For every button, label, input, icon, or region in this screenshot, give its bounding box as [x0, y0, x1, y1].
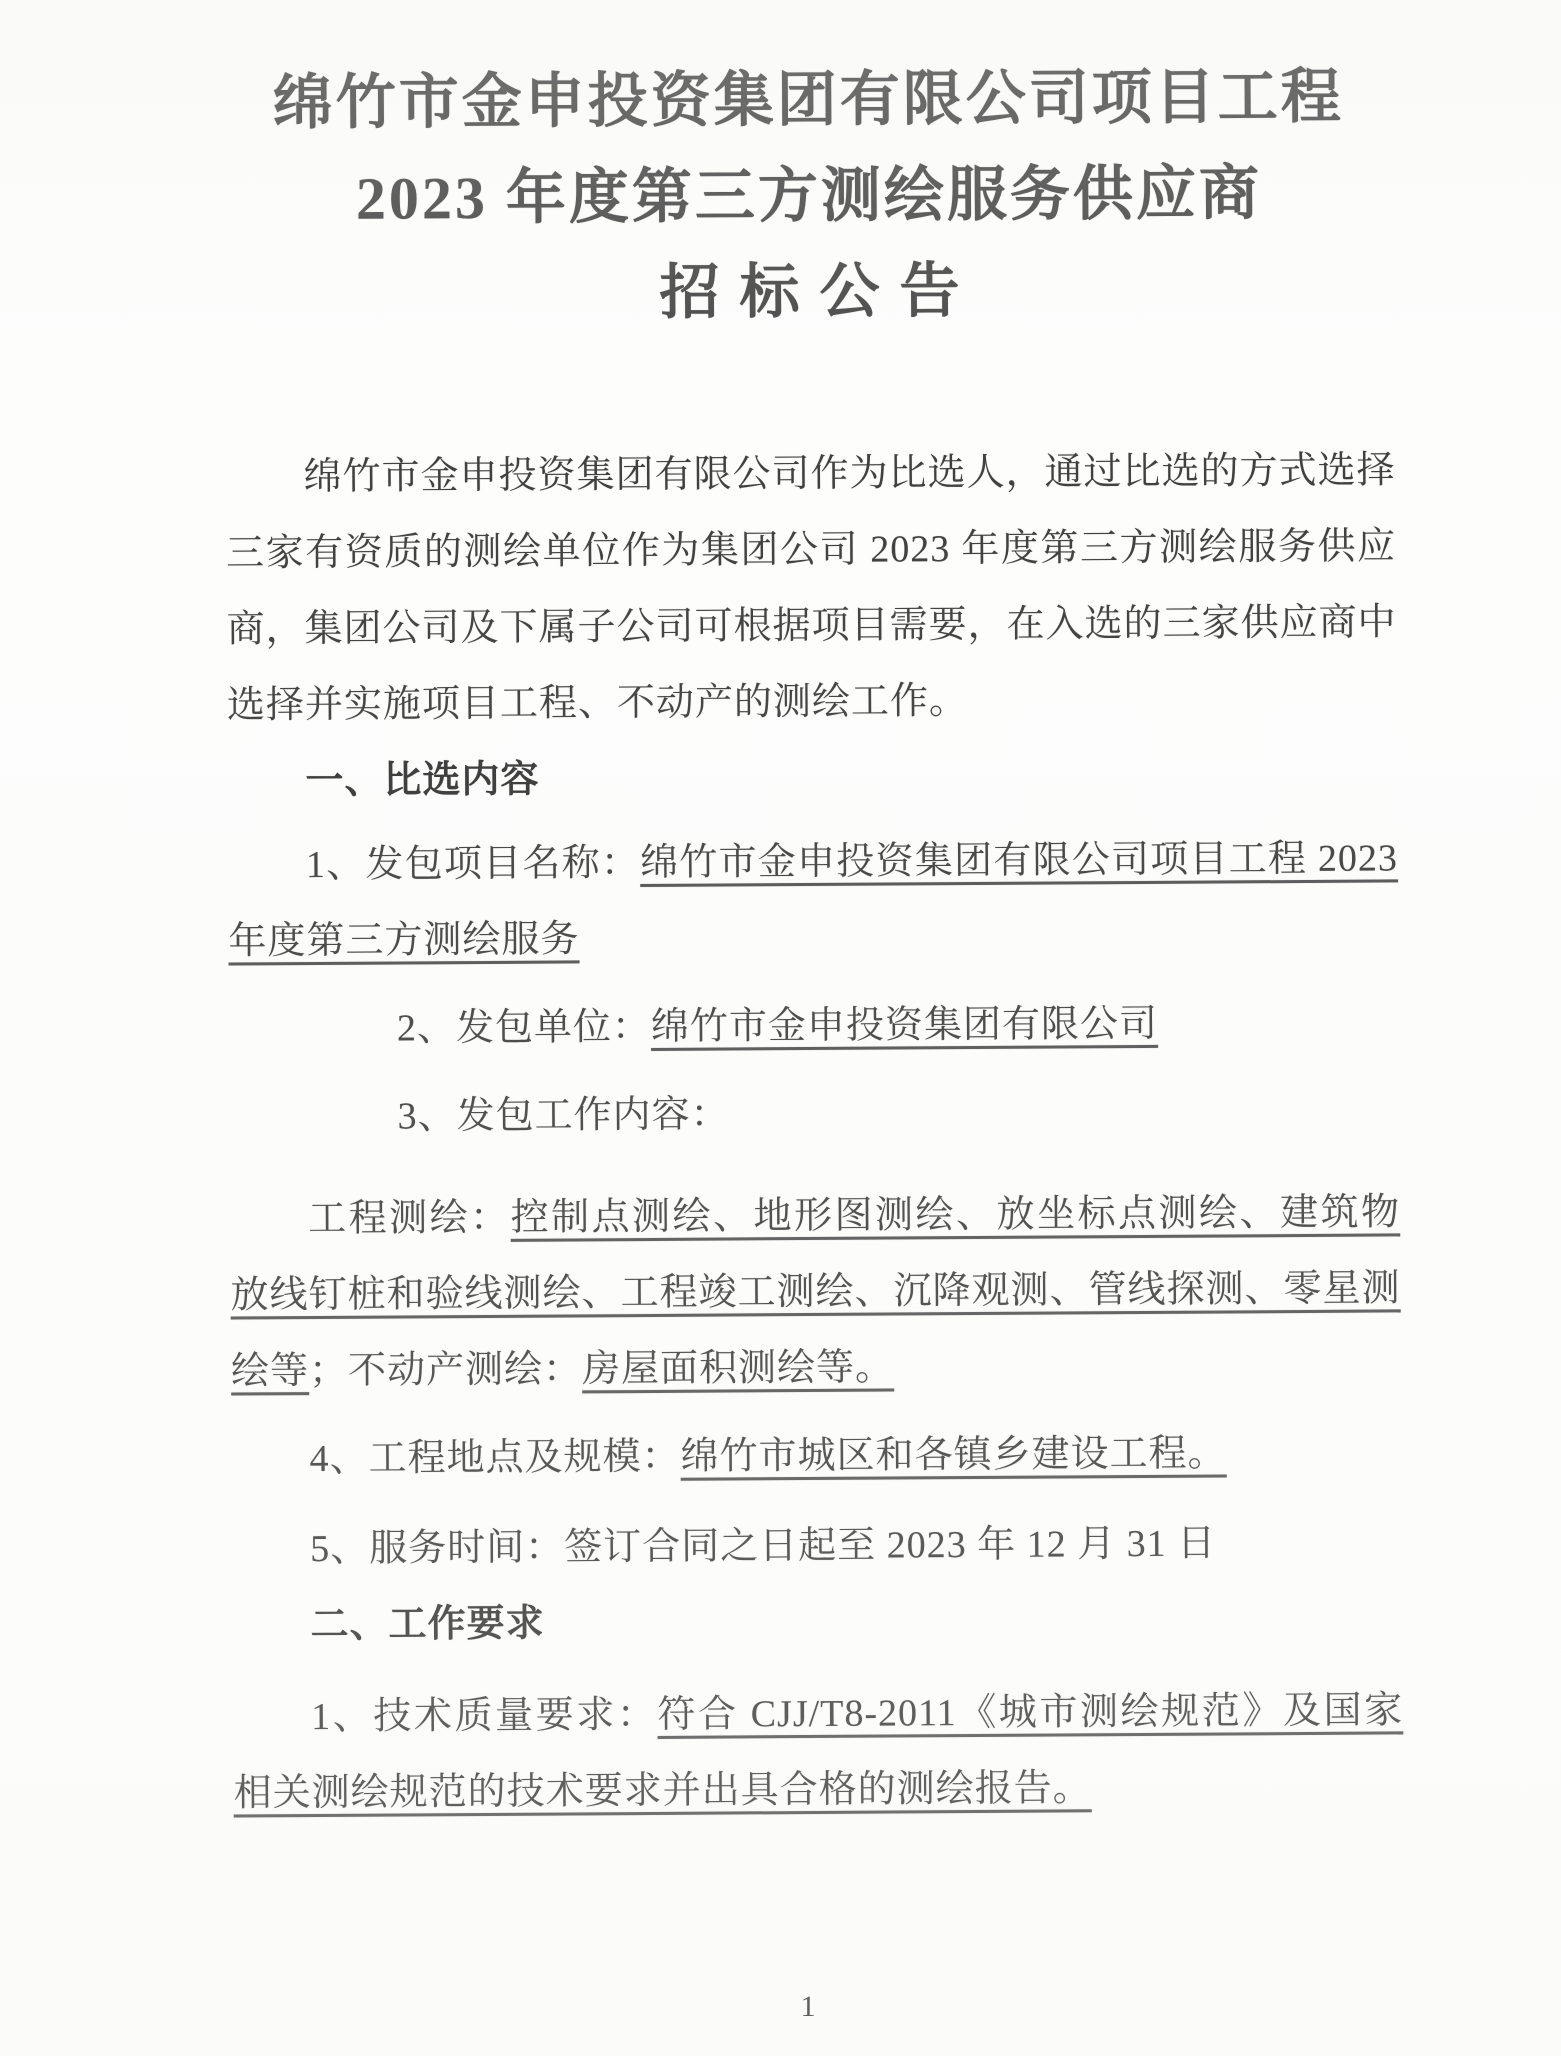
item-work-content-heading: 3、发包工作内容：: [229, 1072, 1399, 1155]
scanned-document-page: 绵竹市金申投资集团有限公司项目工程 2023 年度第三方测绘服务供应商 招标公告…: [0, 0, 1561, 2056]
document-title-line1: 绵竹市金申投资集团有限公司项目工程: [223, 48, 1394, 151]
section2-heading: 二、工作要求: [232, 1580, 1402, 1663]
page-number: 1: [223, 1990, 1393, 2024]
document-title: 绵竹市金申投资集团有限公司项目工程 2023 年度第三方测绘服务供应商 招标公告: [223, 48, 1395, 343]
work-content-paragraph: 工程测绘：控制点测绘、地形图测绘、放坐标点测绘、建筑物放线钉桩和验线测绘、工程竣…: [230, 1174, 1401, 1409]
document-title-line2: 2023 年度第三方测绘服务供应商: [224, 144, 1395, 247]
work-realestate-items: 房屋面积测绘等。: [582, 1346, 894, 1390]
item-project-name: 1、发包项目名称：绵竹市金申投资集团有限公司项目工程 2023 年度第三方测绘服…: [228, 820, 1399, 979]
item-service-time: 5、服务时间：签订合同之日起至 2023 年 12 月 31 日: [232, 1504, 1402, 1587]
work-realestate-label: ；不动产测绘：: [309, 1348, 582, 1392]
item-technical-requirement-label: 1、技术质量要求：: [311, 1694, 658, 1738]
item-technical-requirement: 1、技术质量要求：符合 CJJ/T8-2011《城市测绘规范》及国家相关测绘规范…: [233, 1672, 1404, 1831]
item-location-scale-value: 绵竹市城区和各镇乡建设工程。: [680, 1432, 1226, 1477]
item-service-time-label: 5、服务时间：: [310, 1527, 564, 1571]
intro-paragraph: 绵竹市金申投资集团有限公司作为比选人，通过比选的方式选择三家有资质的测绘单位作为…: [225, 432, 1397, 743]
item-service-time-value: 签订合同之日起至 2023 年 12 月 31 日: [564, 1523, 1216, 1569]
item-issuer: 2、发包单位：绵竹市金申投资集团有限公司: [229, 984, 1399, 1067]
document-title-line3: 招标公告: [224, 240, 1395, 343]
item-location-scale-label: 4、工程地点及规模：: [309, 1436, 680, 1480]
item-work-content-label: 3、发包工作内容：: [397, 1093, 729, 1137]
item-issuer-value: 绵竹市金申投资集团有限公司: [651, 1003, 1158, 1048]
item-project-name-label: 1、发包项目名称：: [306, 842, 640, 886]
document-content: 绵竹市金申投资集团有限公司项目工程 2023 年度第三方测绘服务供应商 招标公告…: [223, 48, 1404, 1831]
section1-heading: 一、比选内容: [227, 736, 1397, 819]
item-issuer-label: 2、发包单位：: [397, 1006, 651, 1050]
item-location-scale: 4、工程地点及规模：绵竹市城区和各镇乡建设工程。: [231, 1414, 1401, 1497]
work-engineering-label: 工程测绘：: [308, 1197, 511, 1240]
